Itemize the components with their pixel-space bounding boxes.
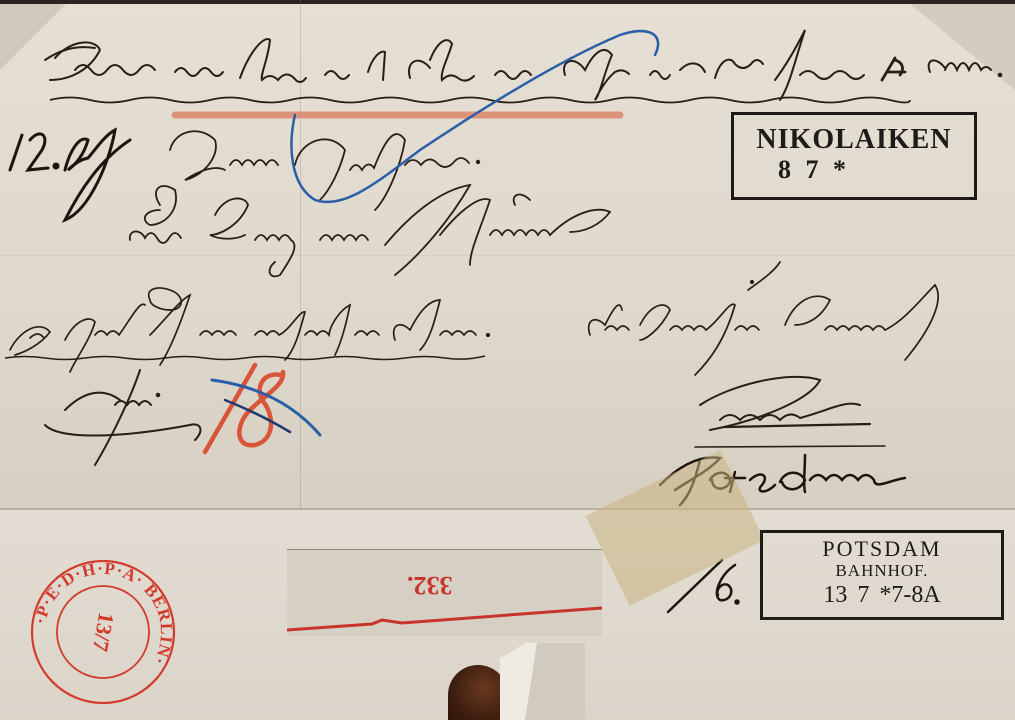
postmark-date: 13 7 *7-8A: [763, 581, 1001, 609]
postmark-date: 8 7 *: [734, 155, 974, 185]
svg-text:13/7: 13/7: [88, 611, 119, 654]
postmark-town: NIKOLAIKEN: [734, 125, 974, 155]
red-underline: [287, 550, 602, 636]
postmark-station: BAHNHOF.: [763, 561, 1001, 581]
postmark-ring: ·P·E·D·H·P·A· BERLIN· 13/7: [28, 557, 178, 707]
potsdam-bahnhof-postmark: POTSDAM BAHNHOF. 13 7 *7-8A: [760, 530, 1004, 620]
registration-label: 332.: [287, 549, 602, 636]
nikolaiken-postmark: NIKOLAIKEN 8 7 *: [731, 112, 977, 200]
red-circular-postmark: ·P·E·D·H·P·A· BERLIN· 13/7 P.E.D.H.P.A. …: [28, 557, 178, 707]
postmark-town: POTSDAM: [763, 537, 1001, 561]
wax-seal-remnant: [448, 665, 508, 720]
